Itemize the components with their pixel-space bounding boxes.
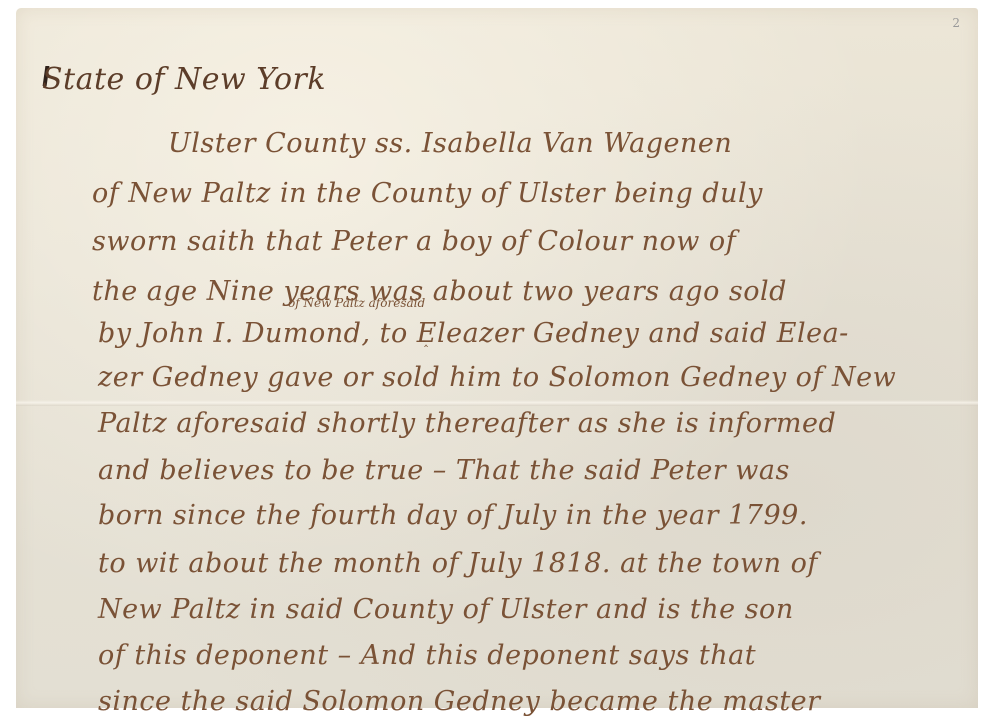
document-heading: State of New York [42,62,326,97]
text-line-3: sworn saith that Peter a boy of Colour n… [92,226,736,257]
text-line-1: Ulster County ss. Isabella Van Wagenen [168,128,732,159]
text-line-8: and believes to be true – That the said … [98,455,790,486]
page-number: 2 [952,16,960,30]
text-line-7: Paltz aforesaid shortly thereafter as sh… [98,408,836,439]
interlinear-insertion: of New Paltz aforesaid [288,296,425,310]
text-line-13: since the said Solomon Gedney became the… [98,686,821,695]
text-line-6: zer Gedney gave or sold him to Solomon G… [98,362,896,393]
text-line-5: by John I. Dumond, to Eleazer Gedney and… [98,318,849,349]
text-line-11: New Paltz in said County of Ulster and i… [98,594,794,625]
text-line-10: to wit about the month of July 1818. at … [98,548,818,579]
text-line-9: born since the fourth day of July in the… [98,500,808,531]
text-line-2: of New Paltz in the County of Ulster bei… [92,178,763,209]
text-line-12: of this deponent – And this deponent say… [98,640,756,671]
manuscript-page: 2 [16,8,978,695]
paper-fold-line [16,400,978,406]
text-line-4: the age Nine years was about two years a… [92,276,787,307]
